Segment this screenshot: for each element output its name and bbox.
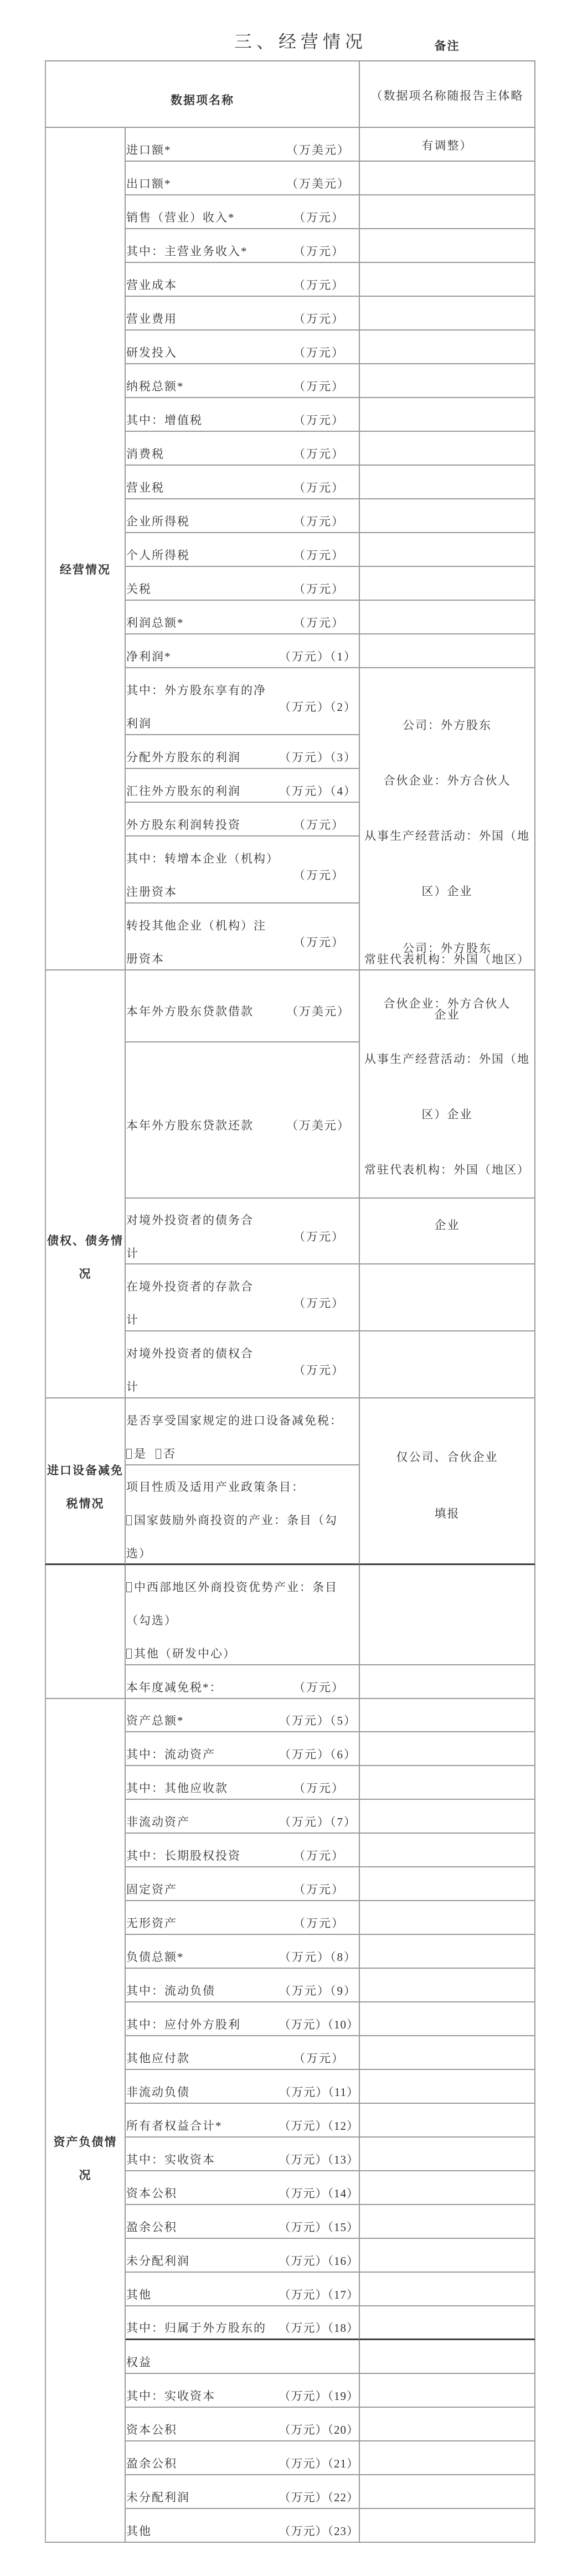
remark-cell: [360, 1901, 535, 1935]
option-label: 其他（研发中心）: [134, 1637, 236, 1670]
checkbox-other-rd-center[interactable]: [126, 1649, 132, 1659]
row-individual-income-tax: 个人所得税（万元）: [126, 533, 360, 567]
item-label: 本年外方股东贷款还款: [126, 1109, 254, 1142]
option-label-no: 否: [163, 1437, 176, 1470]
unit-label: （万美元）: [286, 1109, 350, 1142]
unit-label: （万元）: [293, 302, 344, 335]
row-foreign-undistributed-profit: 未分配利润（万元）（22）: [126, 2475, 360, 2509]
row-foreign-profit-reinvestment: 外方股东利润转投资（万元）: [126, 803, 360, 837]
row-capital-reserve: 资本公积（万元）（14）: [126, 2171, 360, 2205]
row-other-payables: 其他应付款（万元）: [126, 2036, 360, 2070]
unit-label: （万元）: [293, 1873, 344, 1906]
unit-label: （万元）: [293, 1907, 344, 1940]
unit-label: （万元）: [293, 1772, 344, 1805]
row-non-current-liabilities: 非流动负债（万元）（11）: [126, 2070, 360, 2104]
unit-label: （万元）: [293, 606, 344, 639]
unit-label: （万元）: [293, 336, 344, 369]
remark-cell: [360, 2138, 535, 2171]
item-label: 其他: [126, 2515, 152, 2548]
remark-cell: [360, 533, 535, 567]
unit-label: （万元）（16）: [279, 2244, 359, 2278]
section-label-balance-sheet: 资产负债情 况: [45, 1699, 126, 2543]
unit-label: （万元）（14）: [279, 2177, 359, 2210]
item-label: 其中：应付外方股利: [126, 2008, 241, 2041]
unit-label: （万美元）: [286, 167, 350, 200]
item-label: 资本公积: [126, 2177, 177, 2210]
item-label: 未分配利润: [126, 2481, 190, 2514]
unit-label: （万元）: [293, 437, 344, 471]
remark-cell: [360, 2475, 535, 2509]
unit-label: （万元）（20）: [279, 2413, 359, 2446]
remark-cell: [360, 2509, 535, 2543]
item-label: 其中：实收资本: [126, 2379, 215, 2413]
section-label-text: 债权、债务情 况: [47, 1224, 123, 1290]
item-label: 进口额*: [126, 133, 172, 167]
unit-label: （万元）: [293, 471, 344, 504]
remark-line: 区）企业: [364, 1101, 530, 1128]
remark-cell: [360, 499, 535, 533]
item-label: 其他: [126, 2278, 152, 2311]
unit-label: （万元）: [293, 370, 344, 403]
remark-foreign-party-definition: 公司：外方股东 合伙企业：外方合伙人 从事生产经营活动：外国（地 区）企业 常驻…: [360, 970, 535, 1199]
item-label: 本年度减免税*：: [126, 1671, 223, 1704]
unit-label: （万元）: [293, 539, 344, 572]
remark-cell: [360, 1867, 535, 1901]
unit-label: （万元）（2）: [279, 690, 357, 724]
option-label-continued: 选）: [126, 1537, 338, 1570]
row-paid-in-capital: 其中：实收资本（万元）（13）: [126, 2138, 360, 2171]
remark-line: 公司：外方股东: [364, 935, 530, 962]
item-label: 其中：归属于外方股东的: [126, 2311, 266, 2345]
unit-label: （万元）（12）: [279, 2109, 359, 2143]
item-label: 无形资产: [126, 1907, 177, 1940]
row-claims-on-foreign-investors: 对境外投资者的债权合 计（万元）: [126, 1331, 360, 1398]
header-remark-note: （数据项名称随报告主体略: [371, 85, 524, 107]
remark-cell: [360, 331, 535, 364]
item-label: 其中：外方股东享有的净 利润: [126, 674, 266, 740]
remark-cell: [360, 1935, 535, 1969]
row-foreign-surplus-reserve: 盈余公积（万元）（21）: [126, 2441, 360, 2475]
row-current-liabilities: 其中：流动负债（万元）（9）: [126, 1969, 360, 2002]
header-remark-note: 有调整）: [371, 135, 524, 157]
item-label: 净利润*: [126, 640, 172, 673]
unit-label: （万元）（13）: [279, 2143, 359, 2176]
operating-status-table: 数据项名称 备注 （数据项名称随报告主体略 有调整） 经营情况 进口额*（万美元…: [45, 60, 535, 2543]
item-label: 本年外方股东贷款借款: [126, 995, 254, 1028]
option-encouraged-industry: 国家鼓励外商投资的产业：条目（勾: [126, 1504, 338, 1537]
remark-cell: [360, 1665, 535, 1699]
row-fixed-assets: 固定资产（万元）: [126, 1867, 360, 1901]
remark-cell: [360, 634, 535, 668]
unit-label: （万元）（9）: [279, 1974, 357, 2007]
item-label: 转投其他企业（机构）注 册资本: [126, 909, 266, 975]
row-current-assets: 其中：流动资产（万元）（6）: [126, 1732, 360, 1766]
remark-line: 合伙企业：外方合伙人: [364, 767, 530, 794]
remark-cell: [360, 601, 535, 634]
item-label: 非流动负债: [126, 2076, 190, 2109]
unit-label: （万元）: [293, 1220, 344, 1253]
item-label: 营业税: [126, 471, 164, 504]
unit-label: （万元）（23）: [279, 2515, 359, 2548]
row-business-tax: 营业税（万元）: [126, 466, 360, 499]
remark-cell: [360, 1732, 535, 1766]
row-long-term-equity-investment: 其中：长期股权投资（万元）: [126, 1834, 360, 1867]
remark-cell: [360, 2306, 535, 2340]
row-export-amount: 出口额*（万美元）: [126, 162, 360, 195]
option-label-continued: （勾选）: [126, 1604, 338, 1637]
remark-cell: [360, 1699, 535, 1732]
unit-label: （万元）: [293, 201, 344, 234]
unit-label: （万元）: [293, 1354, 344, 1387]
remark-line: 区）企业: [364, 877, 530, 905]
row-project-nature-policy: 项目性质及适用产业政策条目： 国家鼓励外商投资的产业：条目（勾 选）: [126, 1465, 360, 1565]
remark-cell: [360, 195, 535, 229]
item-label: 其中：主营业务收入*: [126, 235, 248, 268]
row-other-receivables: 其中：其他应收款（万元）: [126, 1766, 360, 1800]
unit-label: （万美元）: [286, 995, 350, 1028]
item-label: 对境外投资者的债权合 计: [126, 1337, 254, 1403]
row-undistributed-profit: 未分配利润（万元）（16）: [126, 2239, 360, 2273]
unit-label: （万美元）: [286, 133, 350, 167]
remark-cell: [360, 1834, 535, 1867]
row-foreign-shareholders-equity-continued: 权益: [126, 2340, 360, 2374]
item-label: 其中：转增本企业（机构） 注册资本: [126, 842, 279, 908]
row-rd-investment: 研发投入（万元）: [126, 331, 360, 364]
remark-cell: [360, 2441, 535, 2475]
section-label-text: 经营情况: [60, 553, 111, 586]
row-other-equity: 其他（万元）（17）: [126, 2273, 360, 2306]
remark-cell: [360, 432, 535, 466]
unit-label: （万元）（10）: [279, 2008, 359, 2041]
unit-label: （万元）: [293, 572, 344, 606]
item-label: 分配外方股东的利润: [126, 741, 241, 774]
unit-label: （万元）: [293, 808, 344, 842]
unit-label: （万元）: [293, 505, 344, 538]
option-label-yes: 是: [134, 1437, 147, 1470]
checkbox-encouraged-industry[interactable]: [126, 1515, 132, 1525]
row-total-tax-paid: 纳税总额*（万元）: [126, 364, 360, 398]
remark-cell: [360, 2036, 535, 2070]
checkbox-no[interactable]: [156, 1449, 161, 1459]
remark-line: 常驻代表机构：外国（地区）: [364, 1156, 530, 1184]
remark-cell: [360, 2239, 535, 2273]
section-label-text: 进口设备减免 税情况: [47, 1454, 123, 1520]
row-non-current-assets: 非流动资产（万元）（7）: [126, 1800, 360, 1834]
unit-label: （万元）（19）: [279, 2379, 359, 2413]
item-label: 权益: [126, 2346, 152, 2379]
row-total-liabilities: 负债总额*（万元）（8）: [126, 1935, 360, 1969]
row-profit-remitted-to-foreign: 汇往外方股东的利润（万元）（4）: [126, 769, 360, 803]
row-net-profit: 净利润*（万元）（1）: [126, 634, 360, 668]
remark-company-partnership-only: 仅公司、合伙企业 填报: [360, 1398, 535, 1565]
remark-line: 仅公司、合伙企业: [396, 1443, 498, 1472]
remark-cell: [360, 2273, 535, 2306]
remark-cell: [360, 2002, 535, 2036]
item-label: 营业费用: [126, 302, 177, 335]
remark-cell: [360, 263, 535, 297]
remark-cell: [360, 1264, 535, 1331]
remark-cell: [360, 398, 535, 432]
item-label: 外方股东利润转投资: [126, 808, 241, 842]
item-label: 其中：流动资产: [126, 1738, 215, 1771]
item-label: 其他应付款: [126, 2042, 190, 2075]
remark-cell: [360, 2171, 535, 2205]
unit-label: （万元）（17）: [279, 2278, 359, 2311]
unit-label: （万元）（8）: [279, 1940, 357, 1974]
row-vat: 其中：增值税（万元）: [126, 398, 360, 432]
section-label-duty-exemption: 进口设备减免 税情况: [45, 1398, 126, 1565]
item-label: 营业成本: [126, 269, 177, 302]
row-surplus-reserve: 盈余公积（万元）（15）: [126, 2205, 360, 2239]
item-label: 关税: [126, 572, 152, 606]
item-label: 其中：其他应收款: [126, 1772, 228, 1805]
item-label: 企业所得税: [126, 505, 190, 538]
unit-label: （万元）（3）: [279, 741, 357, 774]
item-label: 个人所得税: [126, 539, 190, 572]
item-label: 纳税总额*: [126, 370, 184, 403]
section-label-duty-exemption-continued: [45, 1565, 126, 1699]
unit-label: （万元）（18）: [279, 2311, 359, 2345]
item-label: 盈余公积: [126, 2211, 177, 2244]
item-label: 负债总额*: [126, 1940, 184, 1974]
item-label: 非流动资产: [126, 1805, 190, 1839]
item-label: 出口额*: [126, 167, 172, 200]
remark-cell: [360, 1766, 535, 1800]
item-label: 资本公积: [126, 2413, 177, 2446]
unit-label: （万元）（4）: [279, 775, 357, 808]
item-label: 销售（营业）收入*: [126, 201, 235, 234]
remark-line: 从事生产经营活动：外国（地: [364, 822, 530, 850]
row-foreign-shareholder-net-profit: 其中：外方股东享有的净 利润（万元）（2）: [126, 668, 360, 735]
remark-cell: [360, 2205, 535, 2239]
unit-label: （万元）（5）: [279, 1704, 357, 1737]
checkbox-yes[interactable]: [126, 1449, 132, 1459]
row-foreign-paid-in-capital: 其中：实收资本（万元）（19）: [126, 2374, 360, 2408]
row-sales-revenue: 销售（营业）收入*（万元）: [126, 195, 360, 229]
item-label: 其中：增值税: [126, 404, 203, 437]
row-main-business-revenue: 其中：主营业务收入*（万元）: [126, 229, 360, 263]
remark-line: 合伙企业：外方合伙人: [364, 990, 530, 1018]
remark-cell: [360, 2104, 535, 2138]
item-label: 固定资产: [126, 1873, 177, 1906]
remark-line: 从事生产经营活动：外国（地: [364, 1045, 530, 1073]
unit-label: （万元）: [293, 235, 344, 268]
unit-label: （万元）: [293, 1287, 344, 1320]
item-label: 消费税: [126, 437, 164, 471]
option-central-western-industry: 中西部地区外商投资优势产业：条目: [126, 1571, 338, 1604]
row-operating-expenses: 营业费用（万元）: [126, 297, 360, 331]
row-deposits-with-foreign-investors: 在境外投资者的存款合 计（万元）: [126, 1264, 360, 1331]
remark-cell: [360, 2340, 535, 2374]
remark-line: 公司：外方股东: [364, 711, 530, 739]
unit-label: （万元）（15）: [279, 2211, 359, 2244]
section-label-operations: 经营情况: [45, 128, 126, 970]
option-label: 中西部地区外商投资优势产业：条目: [134, 1571, 338, 1604]
remark-cell: [360, 1565, 535, 1665]
section-label-debt: 债权、债务情 况: [45, 970, 126, 1398]
unit-label: （万元）（22）: [279, 2481, 359, 2514]
unit-label: （万元）: [293, 859, 344, 892]
item-label: 汇往外方股东的利润: [126, 775, 241, 808]
row-import-amount: 进口额*（万美元）: [126, 128, 360, 162]
item-label: 项目性质及适用产业政策条目：: [126, 1470, 338, 1504]
header-remark-title: 备注: [371, 35, 524, 57]
remark-cell: [360, 1969, 535, 2002]
page-title: 三、经营情况: [234, 29, 367, 54]
item-label: 对境外投资者的债务合 计: [126, 1204, 254, 1270]
item-label: 其中：流动负债: [126, 1974, 215, 2007]
item-label: 利润总额*: [126, 606, 184, 639]
checkbox-central-western-industry[interactable]: [126, 1582, 132, 1592]
row-policy-options-continued: 中西部地区外商投资优势产业：条目 （勾选） 其他（研发中心）: [126, 1565, 360, 1665]
unit-label: （万元）（1）: [279, 640, 357, 673]
row-total-owners-equity: 所有者权益合计*（万元）（12）: [126, 2104, 360, 2138]
row-total-profit: 利润总额*（万元）: [126, 601, 360, 634]
row-dividends-payable-foreign: 其中：应付外方股利（万元）（10）: [126, 2002, 360, 2036]
unit-label: （万元）: [293, 1671, 344, 1704]
header-item-name-text: 数据项名称: [171, 91, 234, 108]
item-label: 其中：长期股权投资: [126, 1839, 241, 1872]
remark-line: 企业: [364, 1211, 530, 1239]
row-annual-tax-exemption: 本年度减免税*：（万元）: [126, 1665, 360, 1699]
remark-cell: [360, 1800, 535, 1834]
row-foreign-shareholders-equity: 其中：归属于外方股东的（万元）（18）: [126, 2306, 360, 2340]
unit-label: （万元）（6）: [279, 1738, 357, 1771]
row-foreign-loan-borrowed: 本年外方股东贷款借款（万美元）: [126, 970, 360, 1042]
unit-label: （万元）: [293, 1839, 344, 1872]
row-reinvest-other-enterprises: 转投其他企业（机构）注 册资本（万元）: [126, 904, 360, 970]
row-customs-duty: 关税（万元）: [126, 567, 360, 601]
row-corporate-income-tax: 企业所得税（万元）: [126, 499, 360, 533]
header-item-name: 数据项名称: [45, 60, 360, 128]
remark-cell: [360, 297, 535, 331]
remark-cell: [360, 2408, 535, 2441]
yes-no-options: 是否: [126, 1437, 343, 1470]
unit-label: （万元）: [293, 2042, 344, 2075]
remark-cell: [360, 2374, 535, 2408]
remark-cell: [360, 567, 535, 601]
unit-label: （万元）（11）: [279, 2076, 359, 2109]
row-foreign-loan-repaid: 本年外方股东贷款还款（万美元）: [126, 1042, 360, 1199]
remark-cell: [360, 364, 535, 398]
item-label: 未分配利润: [126, 2244, 190, 2278]
remark-cell: [360, 229, 535, 263]
row-duty-exemption-eligibility: 是否享受国家规定的进口设备减免税： 是否: [126, 1398, 360, 1465]
row-reinvest-capital-increase: 其中：转增本企业（机构） 注册资本（万元）: [126, 837, 360, 904]
row-profit-distributed-to-foreign: 分配外方股东的利润（万元）（3）: [126, 735, 360, 769]
item-label: 所有者权益合计*: [126, 2109, 223, 2143]
row-foreign-capital-reserve: 资本公积（万元）（20）: [126, 2408, 360, 2441]
option-label: 国家鼓励外商投资的产业：条目（勾: [134, 1504, 338, 1537]
section-label-text: 资产负债情 况: [54, 2125, 117, 2192]
option-other-rd-center: 其他（研发中心）: [126, 1637, 338, 1670]
remark-cell: [360, 2070, 535, 2104]
unit-label: （万元）: [293, 404, 344, 437]
unit-label: （万元）: [293, 269, 344, 302]
item-label: 研发投入: [126, 336, 177, 369]
row-debt-to-foreign-investors: 对境外投资者的债务合 计（万元）: [126, 1199, 360, 1264]
header-remark: 备注 （数据项名称随报告主体略 有调整）: [360, 60, 535, 128]
row-operating-cost: 营业成本（万元）: [126, 263, 360, 297]
item-label: 其中：实收资本: [126, 2143, 215, 2176]
row-total-assets: 资产总额*（万元）（5）: [126, 1699, 360, 1732]
unit-label: （万元）: [293, 926, 344, 959]
item-label: 在境外投资者的存款合 计: [126, 1270, 254, 1336]
unit-label: （万元）（21）: [279, 2447, 359, 2480]
row-intangible-assets: 无形资产（万元）: [126, 1901, 360, 1935]
item-label: 资产总额*: [126, 1704, 184, 1737]
remark-cell: [360, 1331, 535, 1398]
row-consumption-tax: 消费税（万元）: [126, 432, 360, 466]
row-foreign-other-equity: 其他（万元）（23）: [126, 2509, 360, 2543]
unit-label: （万元）（7）: [279, 1805, 357, 1839]
item-label: 是否享受国家规定的进口设备减免税：: [126, 1404, 343, 1437]
remark-line: 填报: [396, 1499, 498, 1528]
remark-cell: [360, 466, 535, 499]
item-label: 盈余公积: [126, 2447, 177, 2480]
